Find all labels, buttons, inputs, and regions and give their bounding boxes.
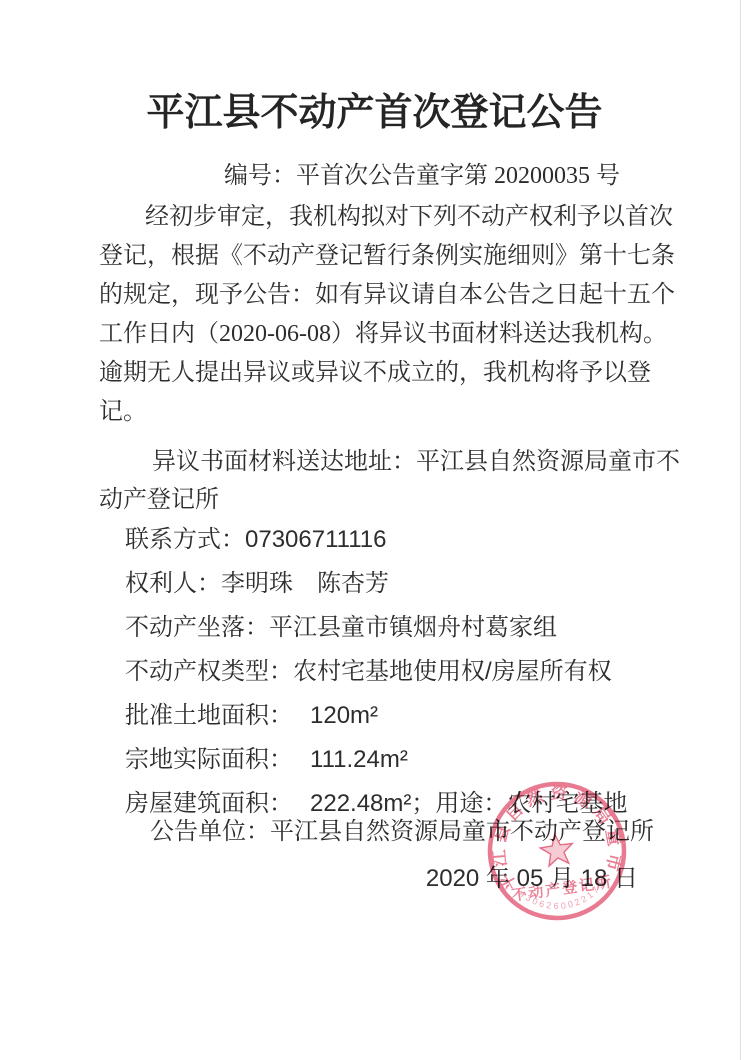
detail-label: 联系方式： [125,527,245,553]
detail-row-location: 不动产坐落：平江县童市镇烟舟村葛家组 [99,606,650,650]
detail-label: 宗地实际面积： [125,747,293,773]
body-line: 工作日内（2020-06-08）将异议书面材料送达我机构。 [99,315,650,354]
body-line: 登记，根据《不动产登记暂行条例实施细则》第十七条 [99,237,650,276]
detail-label: 不动产坐落： [125,615,269,641]
detail-row-approved-land-area: 批准土地面积：120m² [99,694,650,738]
detail-row-contact: 联系方式：07306711116 [99,518,650,562]
detail-value: 120m² [310,702,378,729]
objection-address-paragraph: 异议书面材料送达地址：平江县自然资源局童市不 动产登记所 [99,443,650,519]
page-title: 平江县不动产首次登记公告 [99,88,650,138]
address-line: 异议书面材料送达地址：平江县自然资源局童市不 [99,443,650,481]
detail-label: 房屋建筑面积： [125,791,293,817]
detail-value: 李明珠 陈杏芳 [221,570,389,597]
detail-label: 权利人： [125,571,221,597]
reference-number: 编号：平首次公告童字第 20200035 号 [99,155,650,190]
detail-row-rights-holder: 权利人：李明珠 陈杏芳 [99,562,650,606]
detail-row-right-type: 不动产权类型：农村宅基地使用权/房屋所有权 [99,650,650,694]
scan-artifact-line [740,0,741,1060]
detail-value: 111.24m² [310,746,408,773]
detail-value: 农村宅基地使用权/房屋所有权 [293,658,612,685]
detail-label: 不动产权类型： [125,659,293,685]
detail-value: 平江县童市镇烟舟村葛家组 [269,614,557,641]
star-icon [539,832,575,867]
body-line: 经初步审定，我机构拟对下列不动产权利予以首次 [99,198,650,237]
body-line: 的规定，现予公告：如有异议请自本公告之日起十五个 [99,276,650,315]
scanned-notice-page: 平江县不动产首次登记公告 编号：平首次公告童字第 20200035 号 经初步审… [0,0,750,1060]
address-line: 动产登记所 [99,481,650,519]
body-line: 记。 [99,393,650,432]
notice-body-paragraph: 经初步审定，我机构拟对下列不动产权利予以首次 登记，根据《不动产登记暂行条例实施… [99,198,650,432]
detail-value: 07306711116 [245,526,386,553]
official-seal: 平江县自然资源局童市 不动产登记所 4306260022179 [467,761,648,942]
body-line: 逾期无人提出异议或异议不成立的，我机构将予以登 [99,354,650,393]
detail-label: 批准土地面积： [125,703,293,729]
